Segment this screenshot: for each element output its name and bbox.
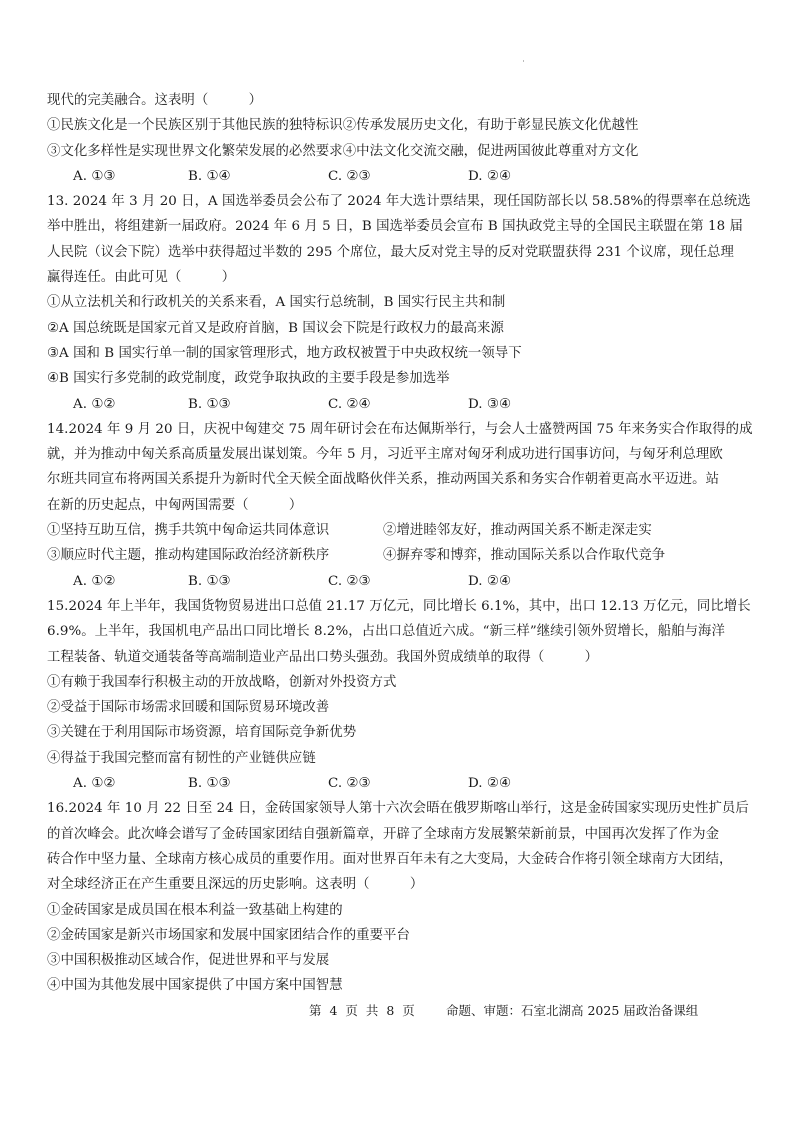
choice-d[interactable]: D. ③④ (468, 392, 588, 417)
option-statement: ②金砖国家是新兴市场国家和发展中国家团结合作的重要平台 (47, 923, 767, 948)
option-statement: ①民族文化是一个民族区别于其他民族的独特标识②传承发展历史文化，有助于彰显民族文… (47, 113, 767, 138)
question-13: 13. 2024 年 3 月 20 日，A 国选举委员会公布了 2024 年大选… (47, 189, 767, 417)
question-stem: 在新的历史起点，中匈两国需要（ ） (47, 493, 767, 518)
question-stem: 赢得连任。由此可见（ ） (47, 265, 767, 290)
answer-choices: A. ①③ B. ①④ C. ②③ D. ②④ (47, 164, 767, 189)
option-statement: ④得益于我国完整而富有韧性的产业链供应链 (47, 746, 767, 771)
option-statement: ④摒弃零和博弈，推动国际关系以合作取代竞争 (383, 543, 665, 568)
option-statement: ③A 国和 B 国实行单一制的国家管理形式，地方政权被置于中央政权统一领导下 (47, 341, 767, 366)
question-stem: 对全球经济正在产生重要且深远的历史影响。这表明（ ） (47, 872, 767, 897)
option-statement: ③关键在于利用国际市场资源，培育国际竞争新优势 (47, 720, 767, 745)
choice-a[interactable]: A. ①② (73, 392, 188, 417)
answer-choices: A. ①② B. ①③ C. ②③ D. ②④ (47, 771, 767, 796)
answer-choices: A. ①② B. ①③ C. ②③ D. ②④ (47, 569, 767, 594)
option-statement: ②A 国总统既是国家元首又是政府首脑，B 国议会下院是行政权力的最高来源 (47, 316, 767, 341)
choice-a[interactable]: A. ①② (73, 771, 188, 796)
question-stem: 的首次峰会。此次峰会谱写了金砖国家团结自强新篇章，开辟了全球南方发展繁荣新前景，… (47, 822, 767, 847)
exam-page: 现代的完美融合。这表明（ ） ①民族文化是一个民族区别于其他民族的独特标识②传承… (47, 88, 767, 999)
choice-c[interactable]: C. ②③ (328, 164, 468, 189)
question-12: 现代的完美融合。这表明（ ） ①民族文化是一个民族区别于其他民族的独特标识②传承… (47, 88, 767, 189)
option-statement: ②增进睦邻友好，推动两国关系不断走深走实 (383, 518, 652, 543)
option-statement: ①有赖于我国奉行积极主动的开放战略，创新对外投资方式 (47, 670, 767, 695)
question-14: 14.2024 年 9 月 20 日，庆祝中匈建交 75 周年研讨会在布达佩斯举… (47, 417, 767, 594)
option-statement: ③顺应时代主题，推动构建国际政治经济新秩序 (47, 543, 383, 568)
option-row: ③顺应时代主题，推动构建国际政治经济新秩序 ④摒弃零和博弈，推动国际关系以合作取… (47, 543, 767, 568)
question-stem: 工程装备、轨道交通装备等高端制造业产品出口势头强劲。我国外贸成绩单的取得（ ） (47, 645, 767, 670)
choice-d[interactable]: D. ②④ (468, 569, 588, 594)
choice-c[interactable]: C. ②③ (328, 771, 468, 796)
choice-c[interactable]: C. ②④ (328, 392, 468, 417)
question-stem: 人民院（议会下院）选举中获得超过半数的 295 个席位，最大反对党主导的反对党联… (47, 240, 767, 265)
question-stem: 举中胜出，将组建新一届政府。2024 年 6 月 5 日，B 国选举委员会宣布 … (47, 214, 767, 239)
question-stem: 6.9%。上半年，我国机电产品出口同比增长 8.2%，占出口总值近六成。“新三样… (47, 619, 767, 644)
choice-b[interactable]: B. ①③ (188, 392, 328, 417)
question-stem: 13. 2024 年 3 月 20 日，A 国选举委员会公布了 2024 年大选… (47, 189, 767, 214)
option-statement: ①从立法机关和行政机关的关系来看，A 国实行总统制，B 国实行民主共和制 (47, 290, 767, 315)
answer-choices: A. ①② B. ①③ C. ②④ D. ③④ (47, 392, 767, 417)
question-stem: 现代的完美融合。这表明（ ） (47, 88, 767, 113)
page-number: 第 4 页 共 8 页 (309, 1001, 417, 1021)
question-stem: 14.2024 年 9 月 20 日，庆祝中匈建交 75 周年研讨会在布达佩斯举… (47, 417, 767, 442)
page-footer: 第 4 页 共 8 页 命题、审题：石室北湖高 2025 届政治备课组 (0, 1001, 800, 1021)
option-statement: ②受益于国际市场需求回暖和国际贸易环境改善 (47, 695, 767, 720)
question-stem: 15.2024 年上半年，我国货物贸易进出口总值 21.17 万亿元，同比增长 … (47, 594, 767, 619)
question-16: 16.2024 年 10 月 22 日至 24 日，金砖国家领导人第十六次会晤在… (47, 796, 767, 998)
scan-artifact (523, 60, 524, 62)
choice-b[interactable]: B. ①③ (188, 771, 328, 796)
footer-authors: 命题、审题：石室北湖高 2025 届政治备课组 (446, 1001, 698, 1021)
question-stem: 就，并为推动中匈关系高质量发展出谋划策。今年 5 月，习近平主席对匈牙利成功进行… (47, 442, 767, 467)
question-15: 15.2024 年上半年，我国货物贸易进出口总值 21.17 万亿元，同比增长 … (47, 594, 767, 796)
choice-b[interactable]: B. ①④ (188, 164, 328, 189)
choice-d[interactable]: D. ②④ (468, 164, 588, 189)
choice-b[interactable]: B. ①③ (188, 569, 328, 594)
choice-a[interactable]: A. ①③ (73, 164, 188, 189)
option-statement: ④中国为其他发展中国家提供了中国方案中国智慧 (47, 973, 767, 998)
option-statement: ③文化多样性是实现世界文化繁荣发展的必然要求④中法文化交流交融，促进两国彼此尊重… (47, 139, 767, 164)
question-stem: 尔班共同宣布将两国关系提升为新时代全天候全面战略伙伴关系，推动两国关系和务实合作… (47, 467, 767, 492)
option-statement: ④B 国实行多党制的政党制度，政党争取执政的主要手段是参加选举 (47, 366, 767, 391)
option-statement: ①金砖国家是成员国在根本利益一致基础上构建的 (47, 898, 767, 923)
option-statement: ①坚持互助互信，携手共筑中匈命运共同体意识 (47, 518, 383, 543)
option-statement: ③中国积极推动区域合作，促进世界和平与发展 (47, 948, 767, 973)
option-row: ①坚持互助互信，携手共筑中匈命运共同体意识 ②增进睦邻友好，推动两国关系不断走深… (47, 518, 767, 543)
question-stem: 砖合作中坚力量、全球南方核心成员的重要作用。面对世界百年未有之大变局，大金砖合作… (47, 847, 767, 872)
question-stem: 16.2024 年 10 月 22 日至 24 日，金砖国家领导人第十六次会晤在… (47, 796, 767, 821)
choice-c[interactable]: C. ②③ (328, 569, 468, 594)
choice-a[interactable]: A. ①② (73, 569, 188, 594)
choice-d[interactable]: D. ②④ (468, 771, 588, 796)
